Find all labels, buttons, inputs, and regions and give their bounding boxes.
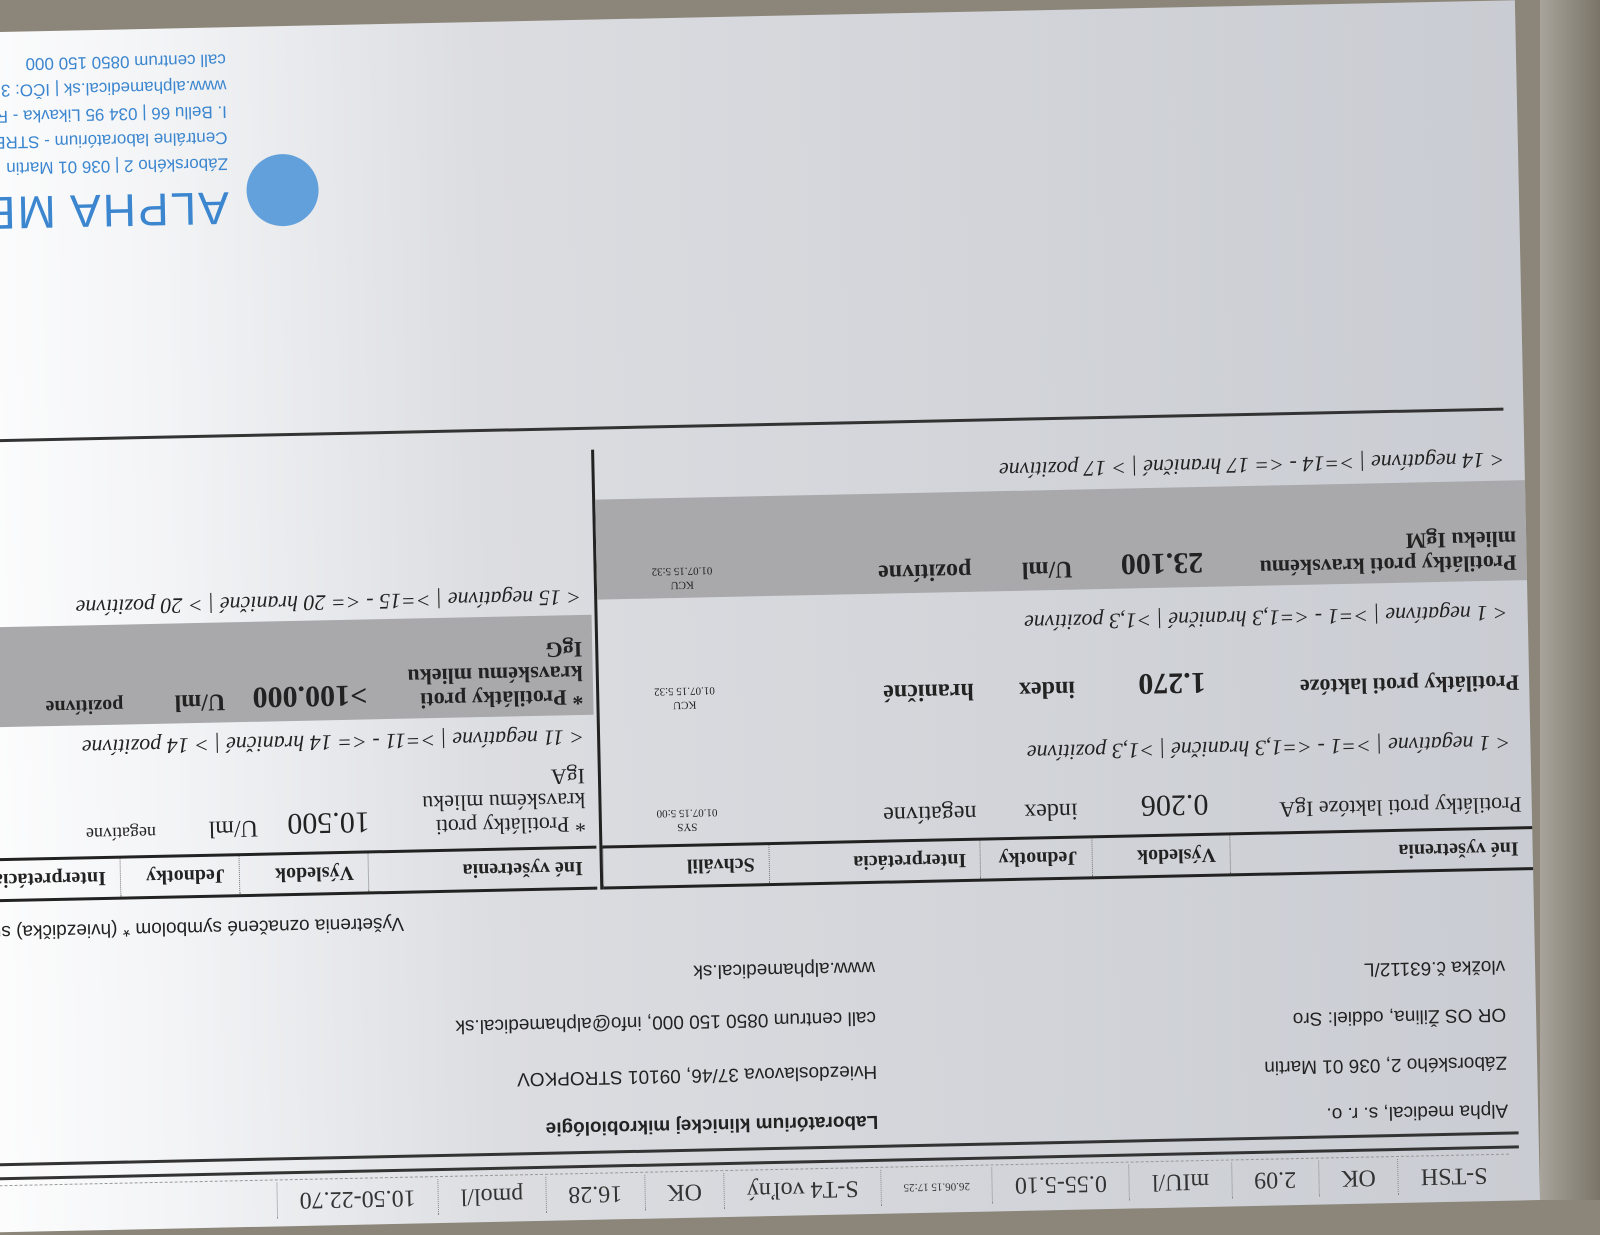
result-unit: index xyxy=(982,788,1084,833)
lab-website: www.alphamedical.sk xyxy=(693,956,875,982)
approval: KCU 01.07.15 5:32 xyxy=(599,676,770,720)
strip-cell: 2.09 xyxy=(1231,1161,1319,1199)
rotated-photo: S-TSH OK 2.09 mIU/l 0.55-5.10 26.06.15 1… xyxy=(0,0,1600,1200)
strip-cell: 16.28 xyxy=(545,1175,645,1200)
result-interpretation: pozitívne xyxy=(0,685,130,728)
result-value: >100.000 xyxy=(231,669,374,722)
company-insert: vložka č.63112/L xyxy=(1364,955,1506,980)
reference-range: < 11 negatívne | >=11 - <= 14 hraničné |… xyxy=(82,724,585,761)
col-header: Iné vyšetrenia xyxy=(1229,829,1533,873)
approval: KCU 01.07.15 5:32 xyxy=(596,556,767,600)
result-interpretation: hraničné xyxy=(769,669,980,716)
test-name: Protilátky proti laktóze xyxy=(1212,664,1530,707)
strip-cell: 0.55-5.10 xyxy=(992,1165,1130,1200)
stamp-line: call centrum 0850 150 000 xyxy=(25,49,226,73)
col-header: Schválil xyxy=(602,845,769,886)
strip-cell: mIU/l xyxy=(1128,1162,1231,1200)
test-name: Protilátky proti laktóze IgA xyxy=(1214,786,1532,829)
result-value: 0.206 xyxy=(1083,779,1215,832)
company-name: Alpha medical, s. r. o. xyxy=(1326,1099,1508,1125)
result-interpretation: negatívne xyxy=(772,791,983,838)
table-row: * Protilátky proti kravskému mlieku IgG … xyxy=(0,615,594,730)
test-name: Protilátky proti kravskému mlieku IgM xyxy=(1209,520,1527,587)
strip-cell: S-TSH xyxy=(1397,1157,1509,1195)
company-address: Záborského 2, 036 01 Martin xyxy=(1264,1051,1507,1078)
stamp-logo-icon xyxy=(246,153,319,226)
test-name: * Protilátky proti kravskému mlieku IgG xyxy=(372,631,594,720)
strip-cell: OK xyxy=(1318,1159,1398,1197)
col-header: Interpretácia xyxy=(768,841,980,883)
strip-cell: 10.50-22.70 xyxy=(276,1179,438,1200)
col-header: Jednotky xyxy=(980,838,1092,878)
result-interpretation: pozitívne xyxy=(767,549,978,596)
strip-cell: pmol/l xyxy=(437,1177,545,1200)
col-header: Jednotky xyxy=(120,856,240,896)
strip-cell: S-T4 voľný xyxy=(724,1170,881,1200)
lab-address: Hviezdoslavova 37/46, 09101 STROPKOV xyxy=(517,1060,878,1090)
reference-range: < 1 negatívne | >=1 - <=1,3 hraničné | >… xyxy=(1027,730,1511,766)
result-interpretation: negatívne xyxy=(0,814,162,855)
stamp-line: I. Bellu 66 | 034 95 Likavka - Ru xyxy=(0,101,227,126)
test-name: * Protilátky proti kravskému mlieku IgA xyxy=(375,758,597,847)
result-value: 23.100 xyxy=(1078,537,1210,590)
table-bottom-rule xyxy=(0,408,1503,445)
strip-cell: 26.06.15 17:25 xyxy=(880,1167,992,1200)
stamp-line: Centrálne laboratórium - STRED xyxy=(0,127,228,152)
accreditation-note: Vyšetrenia označené symbolom * (hviezdič… xyxy=(0,912,404,944)
company-registry: OR OS Žilina, oddiel: Sro xyxy=(1293,1003,1507,1029)
lab-name: Laboratórium klinickej mikrobiológie xyxy=(545,1110,878,1139)
table-row: * Protilátky proti kravskému mlieku IgA … xyxy=(0,758,596,857)
result-unit: U/ml xyxy=(129,679,232,724)
approval: SYS 01.07.15 5:00 xyxy=(601,798,772,842)
page-edge-shadow xyxy=(1540,0,1600,1200)
col-header: Výsledok xyxy=(239,853,369,894)
lab-contact: call centrum 0850 150 000, info@alphamed… xyxy=(455,1006,876,1037)
table-row: Protilátky proti laktóze 1.270 index hra… xyxy=(599,650,1530,719)
right-table-header: Iné vyšetrenia Výsledok Jednotky Interpr… xyxy=(0,846,597,905)
strip-cell: OK xyxy=(644,1173,724,1200)
stamp-line: www.alphamedical.sk | IČO: 3 xyxy=(1,75,227,100)
result-value: 1.270 xyxy=(1080,657,1212,710)
col-header: Iné vyšetrenia xyxy=(367,849,597,892)
result-unit: U/ml xyxy=(161,806,264,851)
reference-range: < 14 negatívne | >=14 - <= 17 hraničné |… xyxy=(999,447,1505,484)
reference-range: < 1 negatívne | >=1 - <=1,3 hraničné | >… xyxy=(1024,600,1508,636)
stamp-line: Záborského 2 | 036 01 Martin xyxy=(6,153,228,178)
result-unit: index xyxy=(979,667,1081,712)
alpha-medical-stamp: ALPHA MEDICAL Záborského 2 | 036 01 Mart… xyxy=(0,25,320,253)
result-value: 10.500 xyxy=(263,796,376,848)
reference-range: < 15 negatívne | >=15 - <= 20 hraničné |… xyxy=(75,584,581,621)
col-header: Výsledok xyxy=(1091,835,1230,876)
result-unit: U/ml xyxy=(977,547,1079,592)
col-header: Interpretácia xyxy=(0,859,120,901)
table-row: Protilátky proti kravskému mlieku IgM 23… xyxy=(595,480,1527,599)
lab-report-page: S-TSH OK 2.09 mIU/l 0.55-5.10 26.06.15 1… xyxy=(0,0,1540,1200)
stamp-brand: ALPHA MEDICAL xyxy=(0,181,230,243)
